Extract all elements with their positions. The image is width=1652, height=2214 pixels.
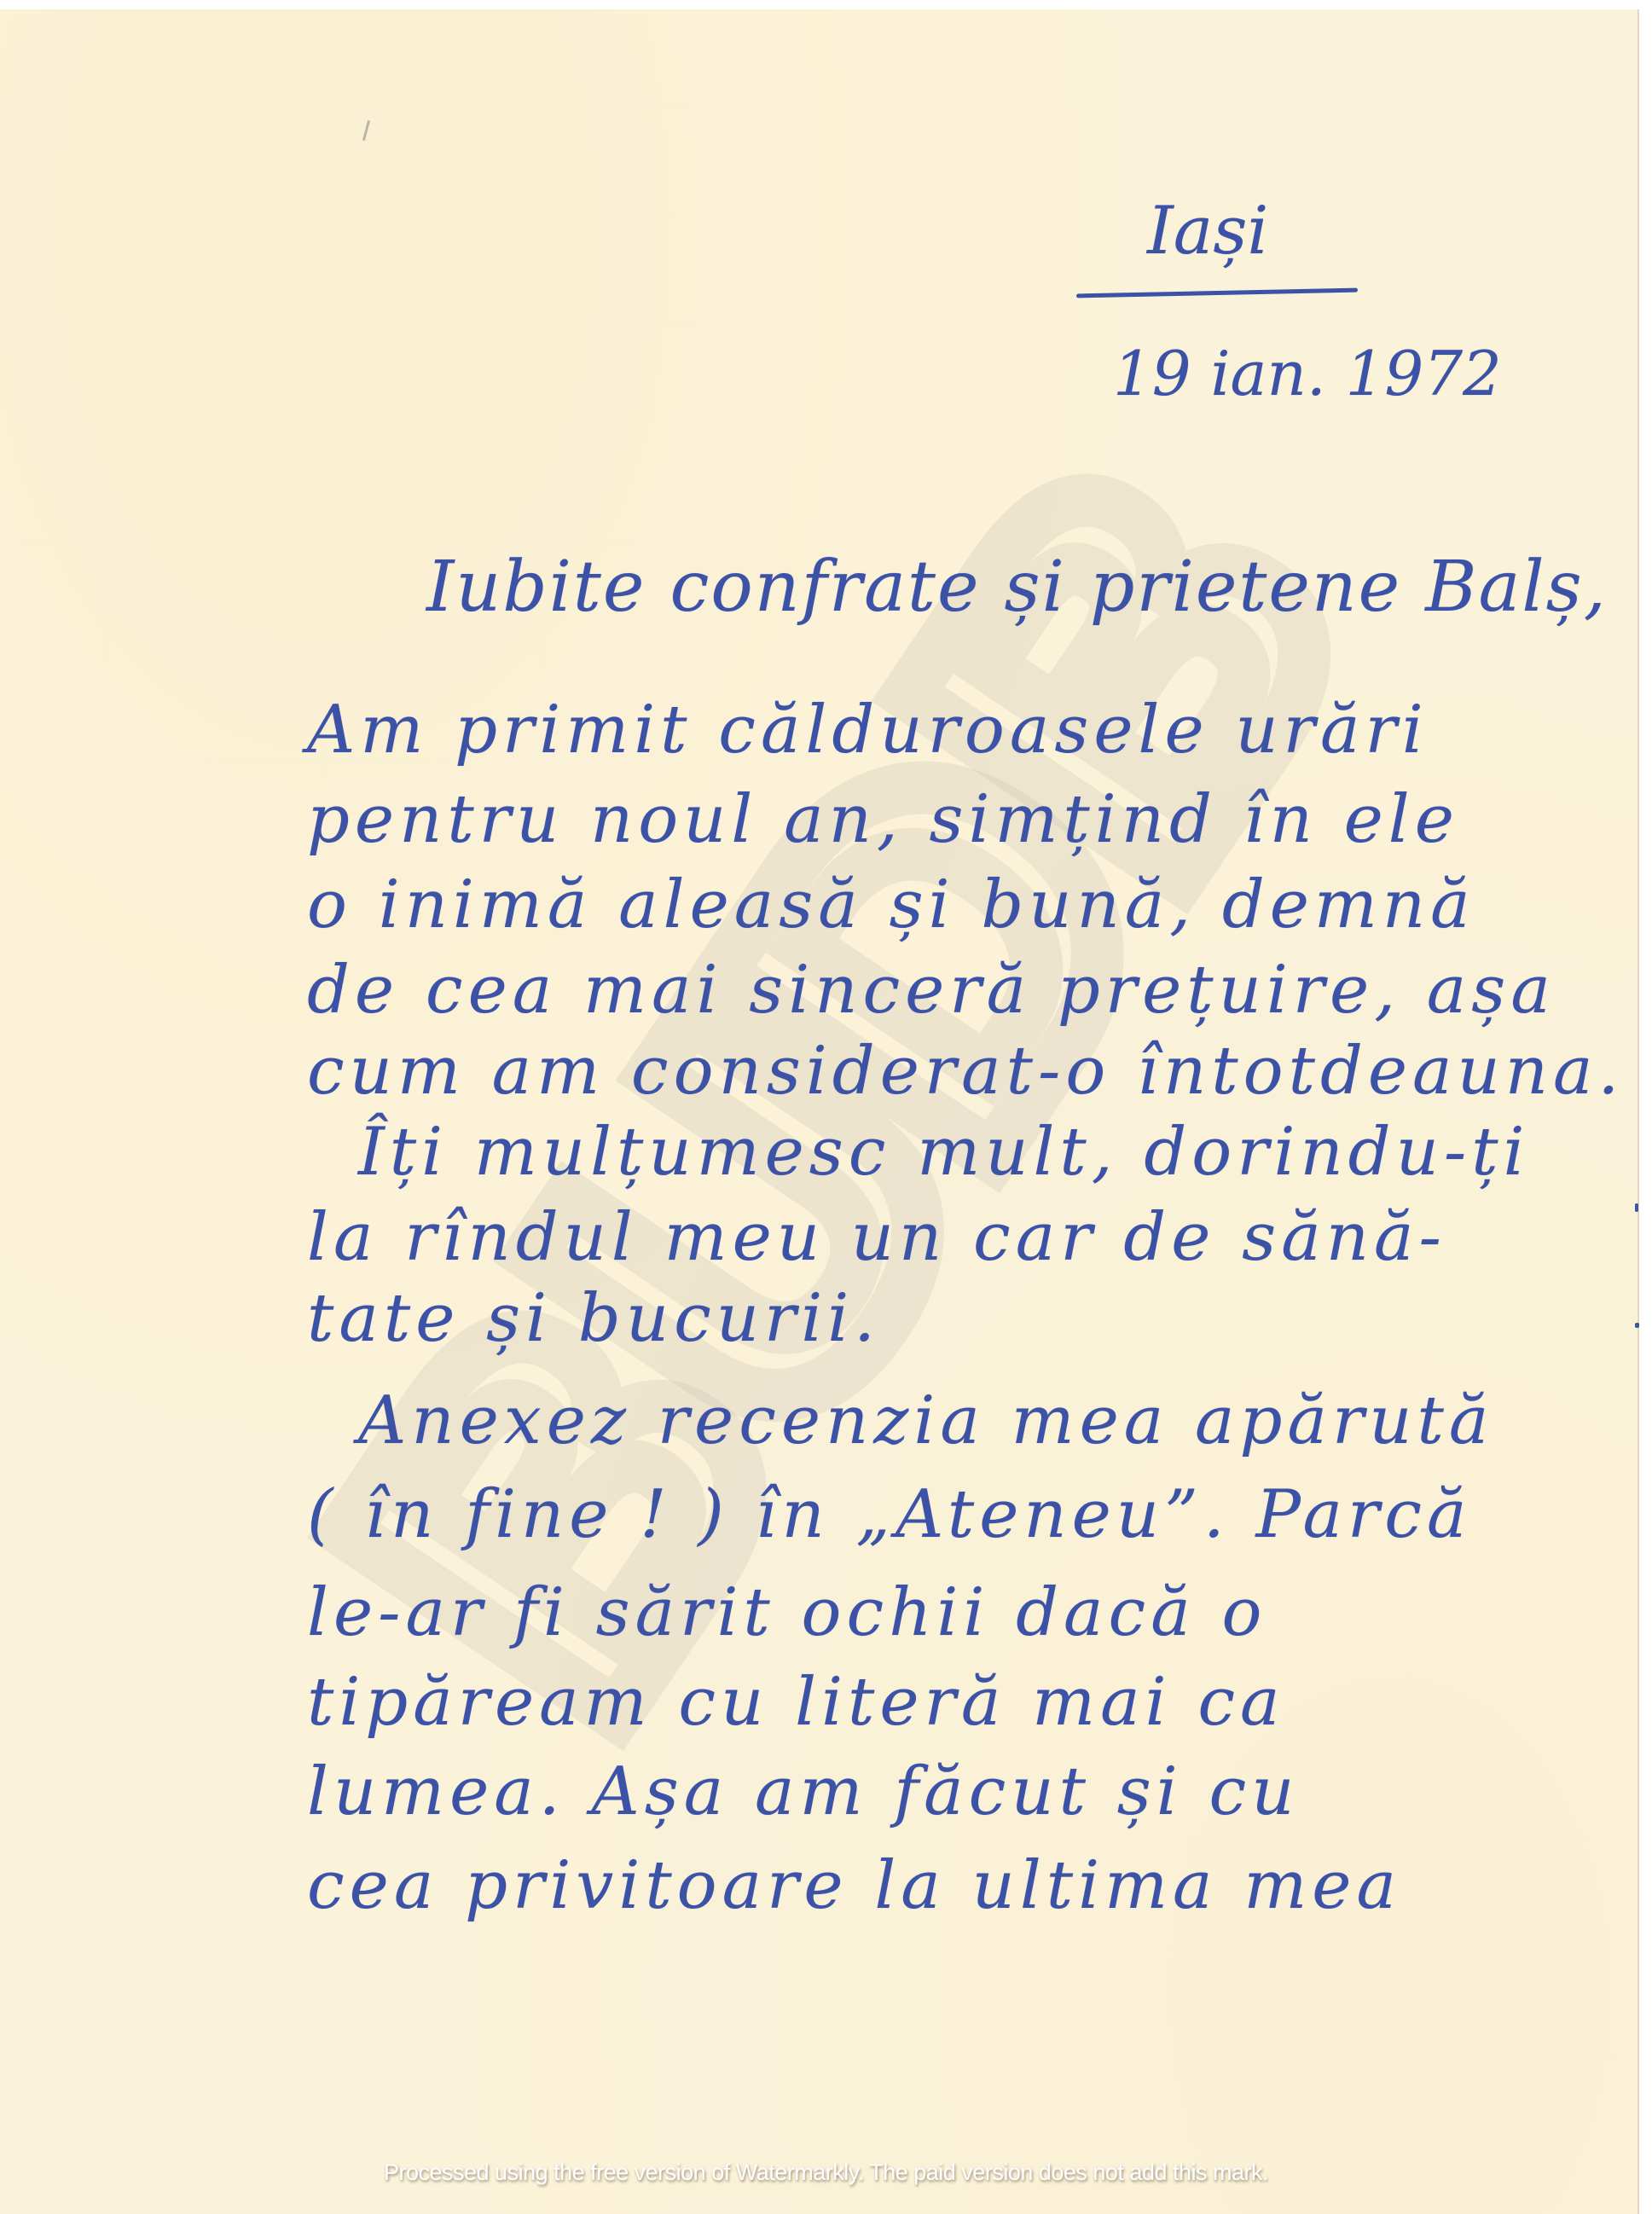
letter-line: Anexez recenzia mea apărută (358, 1382, 1493, 1459)
letter-line: tipăream cu literă mai ca (307, 1664, 1285, 1741)
letter-line: le-ar fi sărit ochii dacă o (307, 1574, 1267, 1651)
letter-line: tate și bucurii. (307, 1280, 880, 1357)
place-underline (1076, 288, 1358, 298)
letter-line: la rîndul meu un car de sănă- (307, 1199, 1446, 1276)
processing-watermark-notice: Processed using the free version of Wate… (0, 2159, 1652, 2186)
ink-speck (1635, 1203, 1638, 1212)
letter-date: 19 ian. 1972 (1113, 338, 1502, 409)
letter-line: pentru noul an, simțind în ele (307, 781, 1459, 858)
pencil-mark (362, 120, 370, 141)
letter-line: lumea. Așa am făcut și cu (307, 1753, 1299, 1830)
letter-line: Îți mulțumesc mult, dorindu-ți (358, 1114, 1530, 1191)
letter-place: Iași (1147, 193, 1268, 270)
letter-salutation: Iubite confrate și prietene Balș, (426, 547, 1608, 628)
letter-line: cum am considerat-o întotdeauna. (307, 1033, 1624, 1110)
letter-line: cea privitoare la ultima mea (307, 1847, 1401, 1924)
letter-line: de cea mai sinceră prețuire, așa (307, 952, 1556, 1029)
letter-page: BUDB Iași 19 ian. 1972 Iubite confrate ș… (0, 9, 1639, 2214)
letter-line: o inimă aleasă și bună, demnă (307, 866, 1475, 943)
ink-speck (1635, 1323, 1639, 1328)
letter-line: Am primit călduroasele urări (307, 692, 1429, 768)
letter-line: ( în fine ! ) în „Ateneu”. Parcă (307, 1476, 1471, 1553)
